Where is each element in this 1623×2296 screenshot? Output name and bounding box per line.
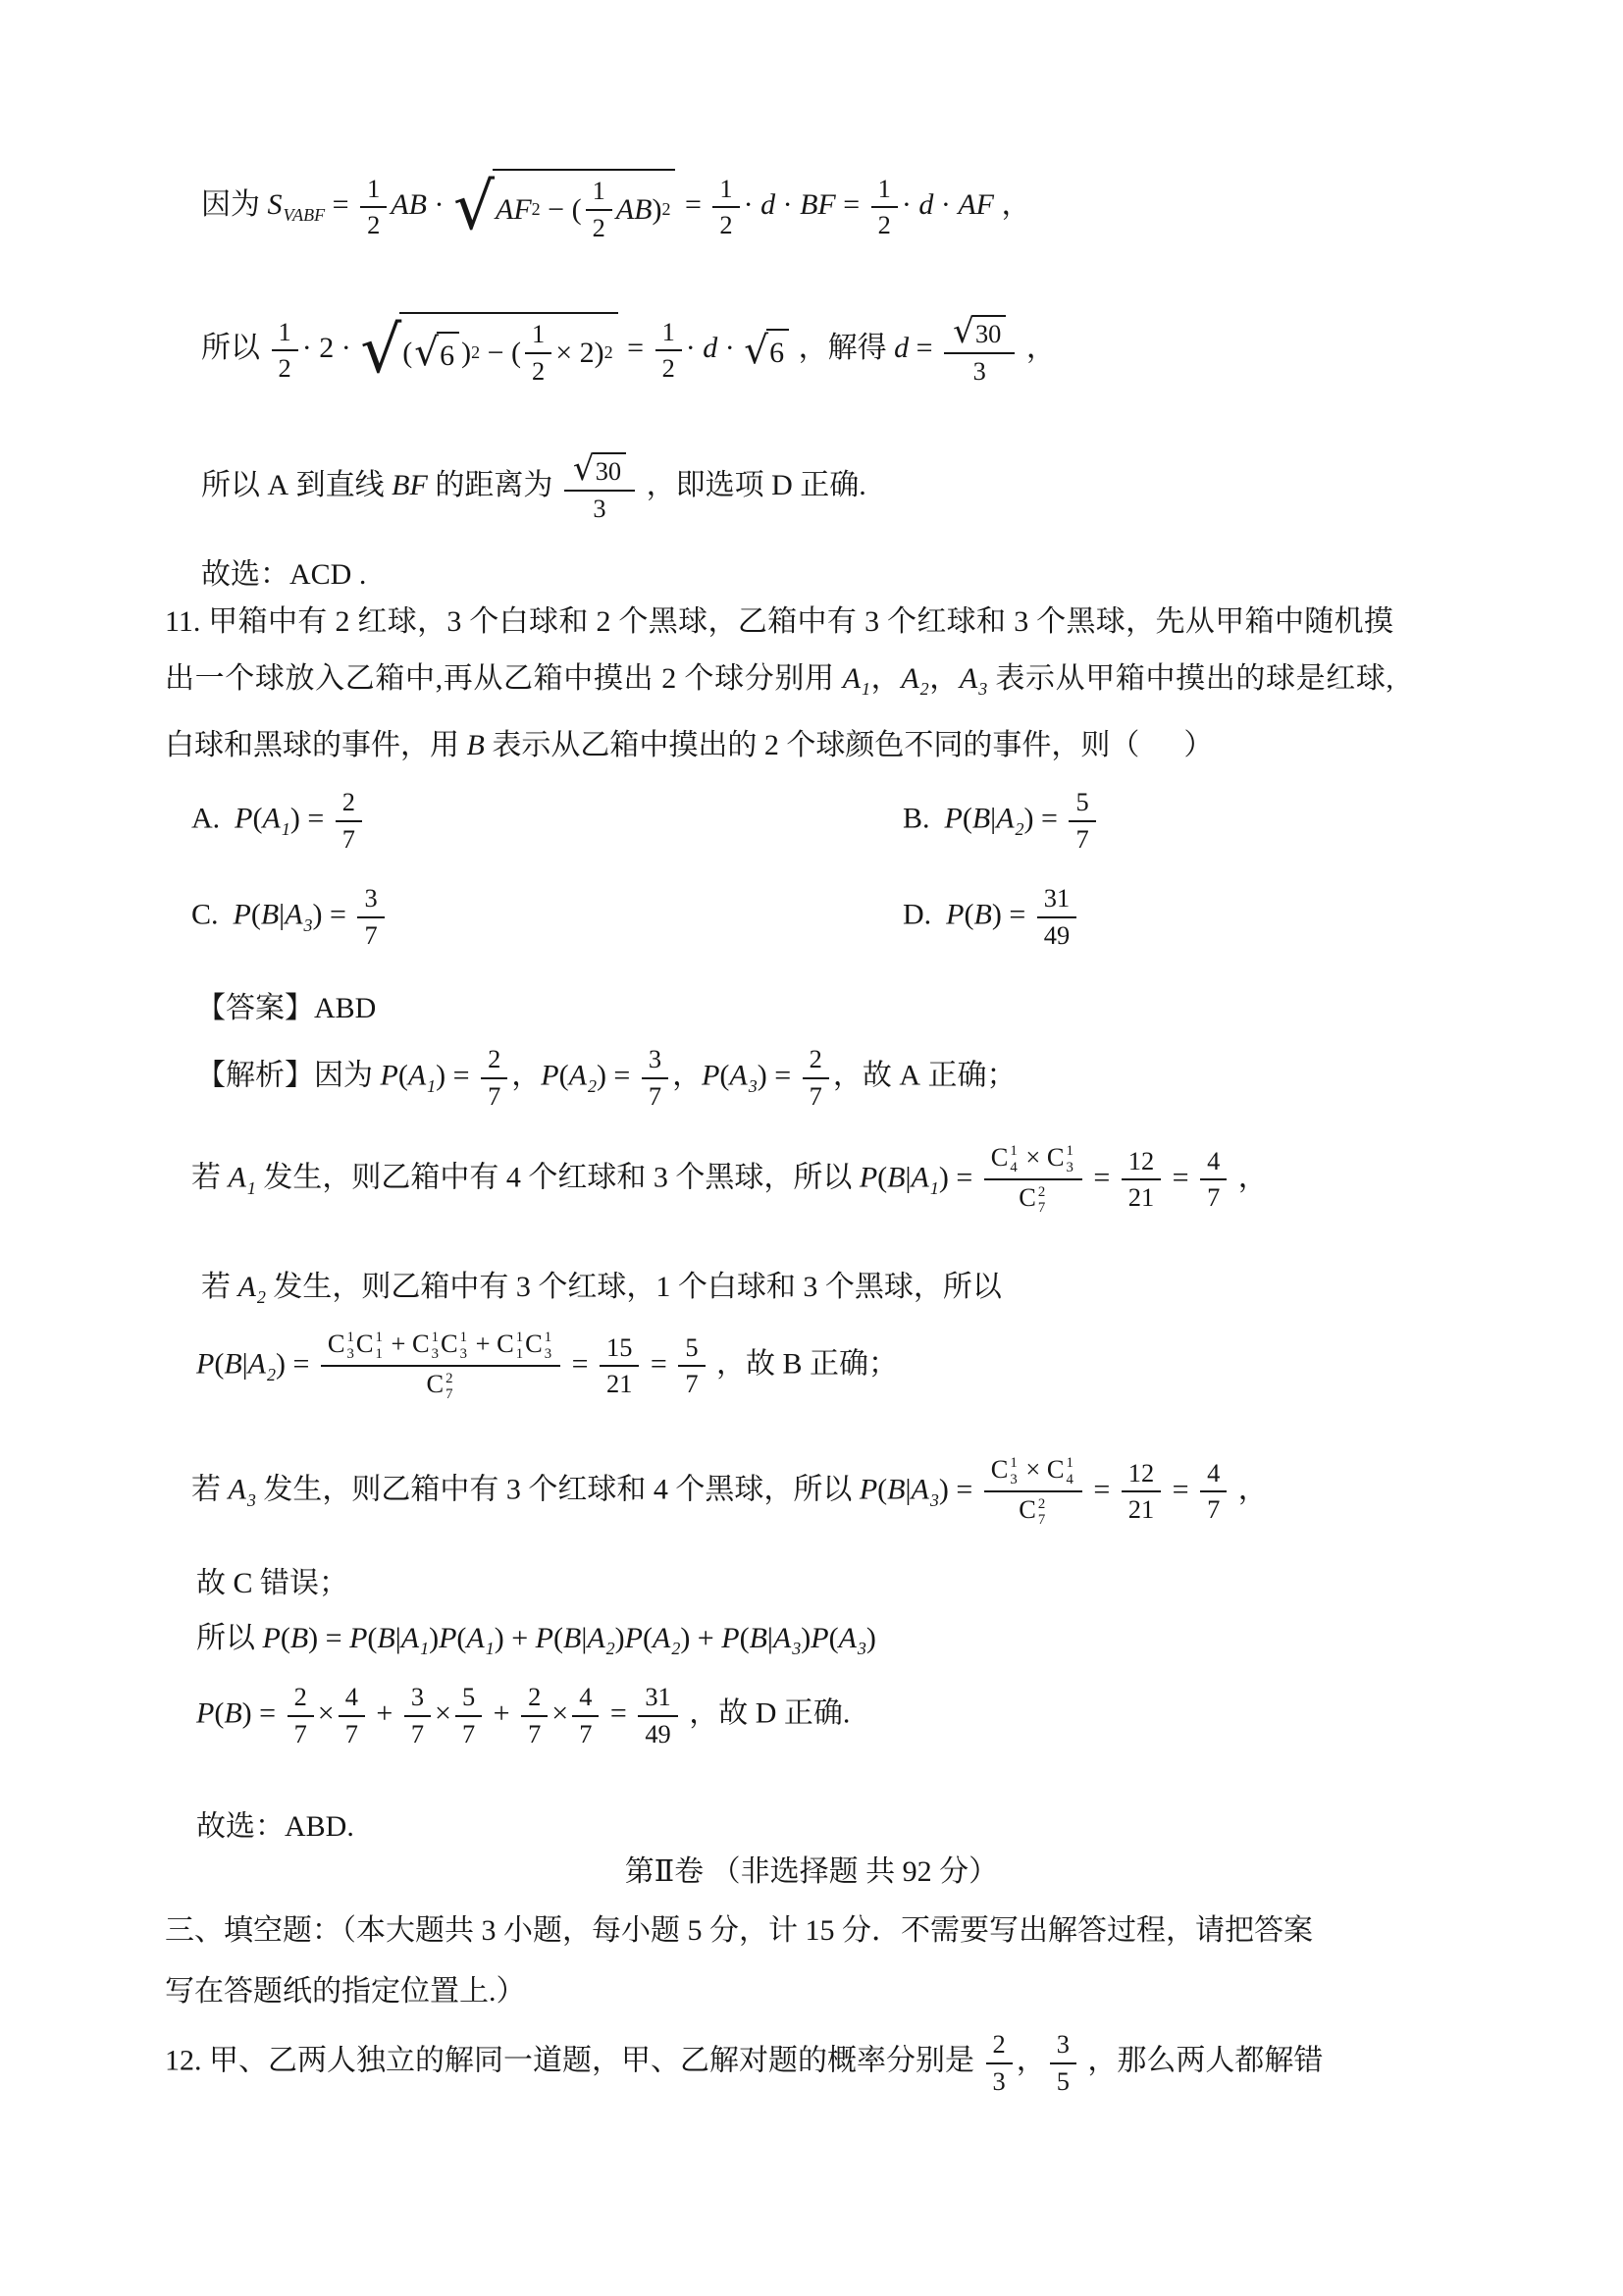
text-run: 21: [1128, 1494, 1154, 1524]
math-variable: B: [261, 898, 279, 930]
numerator: 4: [572, 1682, 599, 1717]
text-run: 2: [993, 2029, 1006, 2059]
numerator: 31: [638, 1682, 677, 1717]
math-variable: A: [569, 1059, 587, 1091]
text-run: +: [369, 1696, 400, 1729]
subscript: 2: [267, 1365, 276, 1384]
document-page: 因为 SVABF = 12AB · √AF2 − (12AB)2 = 12· d…: [0, 0, 1623, 2296]
analysis-pba2-formula: P(B|A2) = C13C11 + C13C13 + C11C13C27 = …: [196, 1327, 898, 1406]
text-run: ×: [318, 1696, 335, 1729]
text-run: C: [991, 1454, 1009, 1484]
denominator: 49: [1037, 918, 1076, 952]
text-run: 2: [488, 1044, 500, 1073]
text-run: ): [615, 1622, 625, 1654]
text-run: 7: [528, 1719, 541, 1748]
text-run: 6: [440, 337, 454, 375]
lower-index: 3: [1010, 1472, 1017, 1488]
upper-index: 1: [1066, 1455, 1073, 1472]
text-run: 7: [488, 1081, 500, 1111]
radical: √6: [744, 329, 789, 372]
math-variable: B: [887, 1473, 905, 1505]
math-variable: BF: [392, 469, 428, 501]
fraction: 57: [678, 1332, 705, 1400]
text-run: 7: [685, 1369, 698, 1398]
text-run: 1: [878, 174, 891, 203]
part2-section-title: 第Ⅱ卷 （非选择题 共 92 分）: [0, 1852, 1623, 1891]
math-variable: d: [918, 188, 933, 221]
math-variable: A: [773, 1622, 791, 1654]
text-run: ，: [870, 662, 901, 695]
text-run: ) =: [276, 1347, 317, 1380]
denominator: 7: [288, 1717, 314, 1750]
math-variable: P: [234, 898, 251, 930]
text-run: ) +: [680, 1622, 721, 1654]
math-variable: B: [377, 1622, 394, 1654]
numerator: 5: [678, 1332, 705, 1368]
text-run: 3: [411, 1682, 424, 1711]
text-run: 5: [462, 1682, 475, 1711]
radical: √30: [953, 315, 1006, 349]
math-variable: B: [290, 1622, 308, 1654]
text-run: ·: [902, 188, 919, 221]
text-run: 49: [1044, 920, 1070, 950]
fraction: 37: [642, 1044, 668, 1112]
upper-index: 1: [516, 1330, 523, 1346]
fill-in-section-header-line2: 写在答题纸的指定位置上.）: [165, 1972, 526, 2010]
fraction: √303: [564, 451, 635, 524]
numerator: 1: [525, 319, 551, 354]
fill-in-section-header-line1: 三、填空题：（本大题共 3 小题，每小题 5 分，计 15 分．不需要写出解答过…: [165, 1911, 1313, 1950]
radical-sign-icon: √: [360, 318, 401, 383]
fraction: 1521: [600, 1332, 639, 1400]
numerator: 2: [986, 2029, 1013, 2064]
subscript: 3: [792, 1639, 801, 1658]
denominator: 7: [336, 822, 362, 856]
subscript: 2: [257, 1287, 266, 1307]
text-run: 12: [1128, 1146, 1154, 1175]
upper-index: 1: [1010, 1143, 1017, 1160]
text-run: 7: [810, 1081, 822, 1111]
text-run: ): [652, 190, 661, 229]
denominator: 21: [600, 1367, 639, 1400]
text-run: (: [965, 898, 974, 930]
fraction: 27: [521, 1682, 548, 1749]
fraction: 12: [655, 317, 682, 385]
numerator: √30: [944, 314, 1015, 354]
text-run: =: [620, 332, 652, 364]
binomial-index: 11: [516, 1330, 523, 1362]
text-run: =: [909, 332, 940, 364]
subscript: 2: [1016, 819, 1024, 839]
text-run: 12: [1128, 1458, 1154, 1487]
math-variable: B: [974, 898, 992, 930]
text-run: 30: [975, 320, 1001, 349]
text-run: (: [456, 1622, 466, 1654]
math-variable: B: [750, 1622, 767, 1654]
text-run: ，解得: [791, 332, 894, 364]
text-run: ) =: [308, 1622, 349, 1654]
numerator: 1: [272, 317, 298, 352]
text-run: 7: [1207, 1494, 1220, 1524]
text-run: C: [525, 1329, 543, 1358]
denominator: 7: [455, 1717, 482, 1750]
text-run: 1: [593, 176, 605, 205]
binomial-index: 13: [1066, 1143, 1073, 1175]
numerator: C13 × C14: [984, 1454, 1082, 1492]
fraction: 27: [336, 787, 362, 855]
question11-final-answer: 故选：ABD.: [196, 1807, 354, 1846]
subscript: 2: [920, 679, 929, 699]
math-variable: d: [760, 188, 775, 221]
subscript: 1: [862, 679, 870, 699]
text-run: ，即选项 D 正确.: [639, 469, 866, 501]
fraction: 27: [803, 1044, 829, 1112]
math-variable: A: [912, 1473, 929, 1505]
fraction: 47: [339, 1682, 365, 1749]
text-run: 21: [1128, 1182, 1154, 1212]
text-run: 1: [719, 174, 732, 203]
numerator: 1: [586, 176, 612, 211]
subscript: 3: [930, 1490, 939, 1510]
numerator: 1: [712, 174, 739, 209]
math-variable: A: [401, 1622, 419, 1654]
radicand: 30: [593, 452, 626, 487]
text-run: 3: [993, 2066, 1006, 2096]
solution10-formula-line2: 所以 12· 2 · √(√6)2 − (12× 2)2 = 12· d · √…: [201, 312, 1056, 389]
denominator: 7: [357, 918, 384, 952]
text-run: =: [1086, 1161, 1118, 1193]
fraction: 12: [525, 319, 551, 387]
math-variable: AB: [616, 190, 653, 229]
text-run: 30: [596, 457, 621, 487]
text-run: C: [356, 1329, 374, 1358]
radical: √(√6)2 − (12× 2)2: [360, 312, 617, 389]
text-run: C: [1019, 1182, 1036, 1212]
binomial-index: 13: [545, 1330, 551, 1362]
lower-index: 3: [432, 1346, 439, 1363]
math-variable: P: [860, 1473, 877, 1505]
fraction: 35: [1050, 2029, 1076, 2097]
superscript: 2: [661, 198, 670, 221]
text-run: ×: [551, 1696, 568, 1729]
denominator: 2: [712, 208, 739, 241]
math-variable: P: [439, 1622, 456, 1654]
text-run: 7: [411, 1719, 424, 1748]
subscript: 2: [671, 1639, 680, 1658]
radicand: (√6)2 − (12× 2)2: [399, 312, 617, 389]
text-run: 2: [294, 1682, 307, 1711]
text-run: =: [325, 188, 356, 221]
math-variable: P: [625, 1622, 643, 1654]
fraction: 12: [586, 176, 612, 243]
fraction: 27: [288, 1682, 314, 1749]
text-run: 所以: [196, 1622, 263, 1654]
text-run: 1: [532, 319, 545, 348]
subscript: 3: [247, 1490, 256, 1510]
text-run: ·: [427, 188, 451, 221]
text-run: (: [643, 1622, 653, 1654]
numerator: 2: [803, 1044, 829, 1079]
math-variable: AF: [496, 190, 532, 229]
answer-label: 【答案】ABD: [196, 989, 376, 1027]
text-run: ·: [933, 188, 958, 221]
text-run: 所以 A 到直线: [201, 469, 392, 501]
denominator: 7: [572, 1717, 599, 1750]
radicand: 6: [766, 329, 789, 372]
text-run: 5: [1057, 2066, 1070, 2096]
denominator: 2: [525, 354, 551, 388]
math-variable: P: [349, 1622, 367, 1654]
text-run: ，那么两人都解错: [1080, 2044, 1324, 2076]
text-run: (: [559, 1059, 569, 1091]
fraction: 37: [404, 1682, 431, 1749]
text-run: ) =: [939, 1473, 980, 1505]
math-variable: S: [268, 188, 283, 221]
math-variable: A: [587, 1622, 604, 1654]
lower-index: 3: [347, 1346, 354, 1363]
binomial-index: 27: [445, 1371, 452, 1403]
text-run: 7: [1207, 1182, 1220, 1212]
text-run: 2: [367, 210, 380, 239]
fraction: C13C11 + C13C13 + C11C13C27: [321, 1329, 560, 1404]
text-run: 所以: [201, 332, 268, 364]
text-run: =: [1165, 1161, 1196, 1193]
superscript: 2: [471, 341, 480, 364]
text-run: · 2 ·: [302, 332, 358, 364]
math-variable: B: [563, 1622, 581, 1654]
text-run: 1: [367, 174, 380, 203]
radical-sign-icon: √: [573, 452, 595, 486]
option-d: D. P(B) = 3149: [903, 881, 1080, 953]
math-variable: A: [912, 1161, 929, 1193]
math-variable: A: [408, 1059, 426, 1091]
text-run: 2: [528, 1682, 541, 1711]
numerator: 2: [336, 787, 362, 822]
fraction: 37: [357, 883, 384, 951]
text-run: 2: [342, 787, 355, 816]
numerator: 1: [655, 317, 682, 352]
math-variable: P: [541, 1059, 558, 1091]
fraction: 12: [871, 174, 898, 241]
denominator: 2: [655, 351, 682, 385]
text-run: =: [564, 1347, 596, 1380]
text-run: + C: [385, 1329, 430, 1358]
math-variable: P: [946, 898, 964, 930]
superscript: 2: [532, 198, 541, 221]
text-run: (: [877, 1161, 887, 1193]
fraction: 12: [360, 174, 387, 241]
denominator: 7: [1069, 822, 1095, 856]
numerator: 5: [1069, 787, 1095, 822]
math-variable: B: [972, 802, 990, 834]
fraction: 47: [1200, 1146, 1227, 1214]
option-c: C. P(B|A3) = 37: [191, 881, 389, 953]
fraction: 1221: [1122, 1458, 1161, 1526]
text-run: (: [719, 1059, 729, 1091]
fraction: C13 × C14C27: [984, 1454, 1082, 1530]
denominator: 3: [986, 2064, 1013, 2098]
text-run: C: [1019, 1494, 1036, 1524]
math-variable: P: [381, 1059, 398, 1091]
text-run: 12. 甲、乙两人独立的解同一道题，甲、乙解对题的概率分别是: [165, 2044, 982, 2076]
text-run: 若: [191, 1161, 229, 1193]
text-run: ) +: [495, 1622, 536, 1654]
upper-index: 1: [432, 1330, 439, 1346]
fraction: 12: [712, 174, 739, 241]
lower-index: 4: [1010, 1160, 1017, 1176]
math-variable: B: [887, 1161, 905, 1193]
math-variable: d: [894, 332, 909, 364]
text-run: ) =: [597, 1059, 638, 1091]
text-run: 若: [201, 1271, 238, 1303]
numerator: 3: [642, 1044, 668, 1079]
lower-index: 7: [445, 1386, 452, 1403]
text-run: 3: [973, 356, 986, 386]
denominator: 21: [1122, 1180, 1161, 1214]
radical: √30: [573, 452, 626, 487]
text-run: − (: [541, 190, 582, 229]
text-run: 发生，则乙箱中有 4 个红球和 3 个黑球，所以: [256, 1161, 860, 1193]
text-run: =: [643, 1347, 674, 1380]
denominator: C27: [321, 1367, 560, 1403]
text-run: =: [602, 1696, 634, 1729]
denominator: 2: [272, 351, 298, 385]
text-run: 49: [645, 1719, 670, 1748]
upper-index: 1: [545, 1330, 551, 1346]
numerator: 3: [404, 1682, 431, 1717]
text-run: (: [963, 802, 972, 834]
denominator: 5: [1050, 2064, 1076, 2098]
lower-index: 3: [545, 1346, 551, 1363]
numerator: 4: [1200, 1146, 1227, 1181]
text-run: 7: [294, 1719, 307, 1748]
text-run: 5: [685, 1332, 698, 1362]
text-run: ) =: [313, 898, 354, 930]
binomial-index: 13: [432, 1330, 439, 1362]
fraction: 3149: [1037, 883, 1076, 951]
text-run: 7: [342, 824, 355, 854]
text-run: + C: [469, 1329, 514, 1358]
math-variable: d: [703, 332, 717, 364]
text-run: 2: [279, 353, 291, 383]
denominator: 7: [803, 1079, 829, 1113]
text-run: ·: [717, 332, 742, 364]
denominator: 3: [564, 492, 635, 525]
text-run: 7: [579, 1719, 592, 1748]
text-run: × 2): [555, 334, 603, 372]
fraction: 47: [572, 1682, 599, 1749]
fraction: 57: [455, 1682, 482, 1749]
upper-index: 1: [376, 1330, 383, 1346]
numerator: 5: [455, 1682, 482, 1717]
denominator: 7: [481, 1079, 507, 1113]
subscript: 3: [304, 915, 313, 935]
text-run: ·: [686, 332, 704, 364]
numerator: 3: [1050, 2029, 1076, 2064]
lower-index: 3: [460, 1346, 467, 1363]
math-variable: A: [729, 1059, 747, 1091]
denominator: 7: [642, 1079, 668, 1113]
text-run: 7: [345, 1719, 358, 1748]
text-run: 3: [593, 494, 605, 523]
numerator: C14 × C13: [984, 1142, 1082, 1180]
subscript: 1: [486, 1639, 495, 1658]
subscript: 1: [427, 1076, 436, 1096]
fraction: √303: [944, 314, 1015, 387]
math-variable: P: [196, 1696, 214, 1729]
text-run: ×: [435, 1696, 451, 1729]
radical-sign-icon: √: [453, 175, 495, 239]
text-run: ·: [744, 188, 761, 221]
denominator: 21: [1122, 1492, 1161, 1526]
denominator: 7: [404, 1717, 431, 1750]
text-run: 15: [606, 1332, 632, 1362]
text-run: 若: [191, 1473, 229, 1505]
upper-index: 2: [1038, 1496, 1045, 1513]
numerator: 1: [360, 174, 387, 209]
pb-calculation: P(B) = 27×47 + 37×57 + 27×47 = 3149 ，故 D…: [196, 1680, 850, 1751]
text-run: (: [402, 334, 412, 372]
math-variable: A: [843, 662, 861, 695]
math-variable: A: [285, 898, 302, 930]
text-run: ·: [775, 188, 800, 221]
fraction: 12: [272, 317, 298, 385]
text-run: (: [253, 802, 263, 834]
numerator: 2: [288, 1682, 314, 1717]
text-run: C: [991, 1142, 1009, 1172]
math-variable: P: [196, 1347, 214, 1380]
math-variable: B: [224, 1696, 241, 1729]
text-run: 7: [364, 920, 377, 950]
solution10-final-answer: 故选：ACD .: [201, 555, 366, 594]
radicand: AF2 − (12AB)2: [493, 169, 675, 245]
text-run: 3: [649, 1044, 661, 1073]
radical-sign-icon: √: [953, 315, 974, 348]
subscript: 3: [749, 1076, 758, 1096]
subscript: 1: [282, 819, 290, 839]
text-run: ，故 A 正确；: [833, 1059, 1017, 1091]
upper-index: 1: [1010, 1455, 1017, 1472]
superscript: 2: [604, 341, 613, 364]
text-run: 2: [878, 210, 891, 239]
text-run: 2: [719, 210, 732, 239]
denominator: 7: [339, 1717, 365, 1750]
math-variable: AB: [391, 188, 427, 221]
subscript: 1: [420, 1639, 429, 1658]
math-variable: P: [945, 802, 963, 834]
text-run: (: [553, 1622, 563, 1654]
binomial-index: 13: [347, 1330, 354, 1362]
math-variable: B: [224, 1347, 241, 1380]
upper-index: 1: [1066, 1143, 1073, 1160]
text-run: ，故 B 正确；: [709, 1347, 899, 1380]
numerator: 1: [871, 174, 898, 209]
solution10-formula-line1: 因为 SVABF = 12AB · √AF2 − (12AB)2 = 12· d…: [201, 169, 1031, 245]
text-run: 31: [1044, 883, 1070, 913]
denominator: 7: [1200, 1180, 1227, 1214]
math-variable: A: [901, 662, 918, 695]
subscript: 2: [588, 1076, 597, 1096]
text-run: B.: [903, 802, 945, 834]
upper-index: 1: [460, 1330, 467, 1346]
math-variable: A: [996, 802, 1014, 834]
fraction: 27: [481, 1044, 507, 1112]
text-run: ): [801, 1622, 811, 1654]
analysis-case-a2: 若 A2 发生，则乙箱中有 3 个红球，1 个白球和 3 个黑球，所以: [201, 1268, 1002, 1310]
exam-solution-document: { "doc": { "s10_line1": [ {"t":"因为 "},{"…: [0, 0, 1623, 2296]
subscript: 3: [978, 679, 987, 699]
numerator: C13C11 + C13C13 + C11C13: [321, 1329, 560, 1367]
